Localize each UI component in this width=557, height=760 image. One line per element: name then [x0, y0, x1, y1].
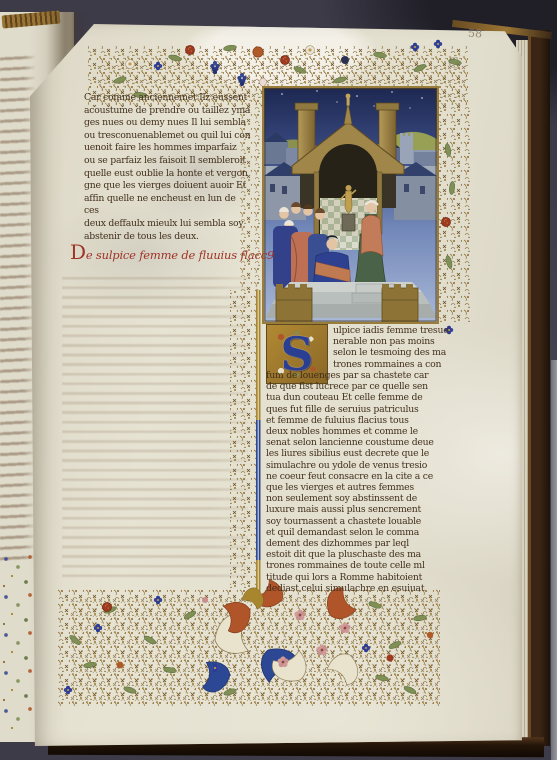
manuscript-photograph: Car comme anciennemet Ilz eussent acoust… — [0, 0, 557, 760]
miniature-painting — [262, 86, 439, 324]
marginalia-mark: G — [447, 53, 461, 72]
left-column-text: Car comme anciennemet Ilz eussent acoust… — [84, 92, 252, 243]
right-column-text: fum de louenges par sa chastete car de q… — [266, 370, 462, 594]
book-cover-edge-right — [528, 30, 550, 746]
rubric-heading: De sulpice femme de fluuius flacc9 — [70, 245, 280, 262]
background-object-sliver — [551, 360, 557, 760]
folio-number: 58 — [468, 27, 483, 41]
showthrough-text-area — [62, 272, 248, 584]
right-column-text-beside-initial: ulpice iadis femme tresue nerable non pa… — [333, 325, 461, 370]
